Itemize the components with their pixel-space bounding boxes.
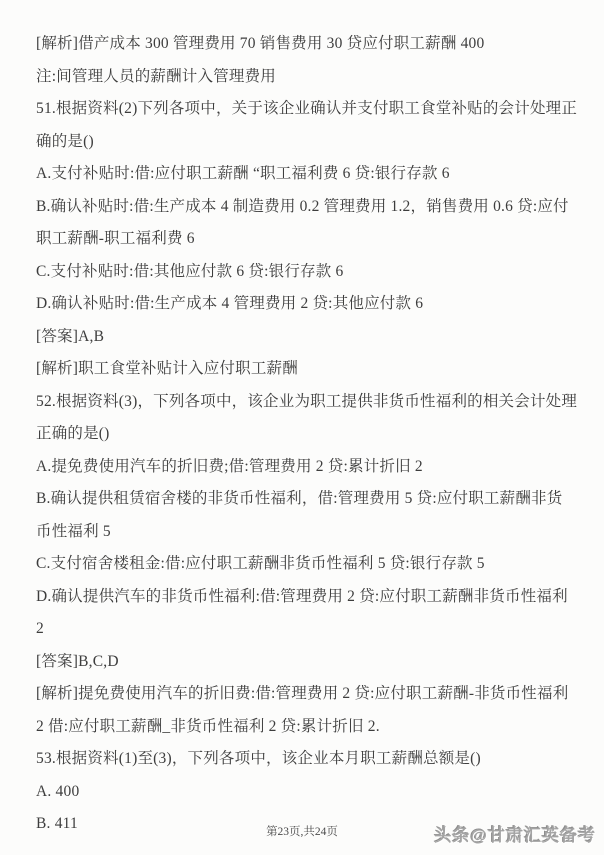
prev-analysis-line: [解析]借产成本 300 管理费用 70 销售费用 30 贷应付职工薪酬 400 xyxy=(36,28,578,61)
question-52-analysis-line: [解析]提免费使用汽车的折旧费:借:管理费用 2 贷:应付职工薪酬-非货币性福利… xyxy=(36,678,578,743)
watermark-text: 头条@甘肃汇英备考 xyxy=(434,821,596,846)
question-53-stem: 53.根据资料(1)至(3)，下列各项中，该企业本月职工薪酬总额是() xyxy=(36,743,578,776)
question-51-stem: 51.根据资料(2)下列各项中，关于该企业确认并支付职工食堂补贴的会计处理正确的… xyxy=(36,93,578,158)
document-content: [解析]借产成本 300 管理费用 70 销售费用 30 贷应付职工薪酬 400… xyxy=(36,28,578,841)
question-52-option-a: A.提免费使用汽车的折旧费;借:管理费用 2 贷:累计折旧 2 xyxy=(36,451,578,484)
question-51-answer-line: [答案]A,B xyxy=(36,321,578,354)
question-51: 51.根据资料(2)下列各项中，关于该企业确认并支付职工食堂补贴的会计处理正确的… xyxy=(36,93,578,386)
document-page: [解析]借产成本 300 管理费用 70 销售费用 30 贷应付职工薪酬 400… xyxy=(0,0,604,855)
question-52-option-c: C.支付宿舍楼租金:借:应付职工薪酬非货币性福利 5 贷:银行存款 5 xyxy=(36,548,578,581)
question-53-option-a: A. 400 xyxy=(36,776,578,809)
question-51-analysis-line: [解析]职工食堂补贴计入应付职工薪酬 xyxy=(36,353,578,386)
question-52-stem: 52.根据资料(3)，下列各项中，该企业为职工提供非货币性福利的相关会计处理正确… xyxy=(36,386,578,451)
question-52-option-b: B.确认提供租赁宿舍楼的非货币性福利，借:管理费用 5 贷:应付职工薪酬非货币性… xyxy=(36,483,578,548)
page-indicator: 第23页,共24页 xyxy=(266,826,338,838)
question-51-option-c: C.支付补贴时:借:其他应付款 6 贷:银行存款 6 xyxy=(36,256,578,289)
prev-note-line: 注:间管理人员的薪酬计入管理费用 xyxy=(36,61,578,94)
question-52-option-d: D.确认提供汽车的非货币性福利:借:管理费用 2 贷:应付职工薪酬非货币性福利 … xyxy=(36,581,578,646)
question-51-option-d: D.确认补贴时:借:生产成本 4 管理费用 2 贷:其他应付款 6 xyxy=(36,288,578,321)
question-52-answer-line: [答案]B,C,D xyxy=(36,646,578,679)
question-51-option-b: B.确认补贴时:借:生产成本 4 制造费用 0.2 管理费用 1.2，销售费用 … xyxy=(36,191,578,256)
question-51-option-a: A.支付补贴时:借:应付职工薪酬 “职工福利费 6 贷:银行存款 6 xyxy=(36,158,578,191)
question-52: 52.根据资料(3)，下列各项中，该企业为职工提供非货币性福利的相关会计处理正确… xyxy=(36,386,578,744)
